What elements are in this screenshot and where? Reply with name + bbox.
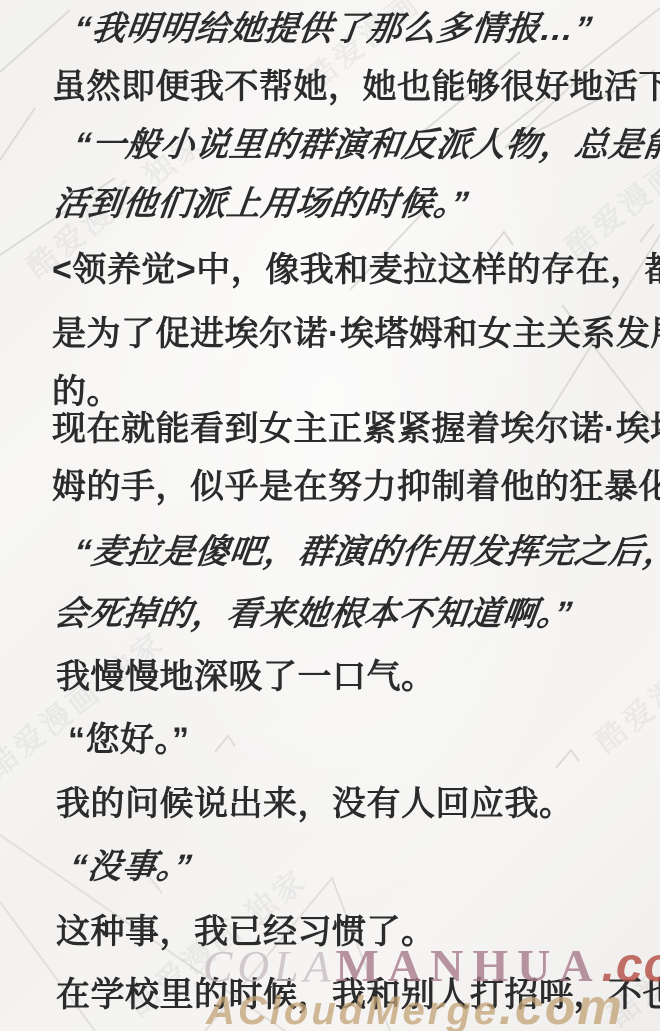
novel-text-line: “一般小说里的群演和反派人物，总是能够 <box>72 128 660 162</box>
watermark-acloudmerge-com-text: .com <box>499 979 624 1031</box>
watermark-acloudmerge-text: ACloudMerge <box>206 989 499 1031</box>
novel-text-line: 的。 <box>52 375 121 409</box>
novel-text-line: “麦拉是傻吧，群演的作用发挥完之后，就 <box>72 535 660 569</box>
novel-text-line: 现在就能看到女主正紧紧握着埃尔诺·埃塔 <box>52 412 660 446</box>
novel-reader-page: { "page": { "type": "webnovel-text-page"… <box>0 0 660 1031</box>
novel-text-line: 我的问候说出来，没有人回应我。 <box>56 787 574 821</box>
novel-text-line: “我明明给她提供了那么多情报…” <box>72 12 594 46</box>
novel-text-line: “您好。” <box>68 723 190 757</box>
watermark-acloudmerge: ACloudMerge.com <box>206 978 624 1031</box>
novel-text-line: 会死掉的，看来她根本不知道啊。” <box>52 597 574 631</box>
novel-text-line: 活到他们派上用场的时候。” <box>52 187 471 221</box>
novel-text-line: 虽然即便我不帮她，她也能够很好地活下来。 <box>52 70 660 104</box>
novel-text-line: “没事。” <box>68 850 194 884</box>
novel-text-line: <领养觉>中，像我和麦拉这样的存在，都 <box>52 253 660 287</box>
novel-text-line: 是为了促进埃尔诺·埃塔姆和女主关系发展 <box>52 317 660 351</box>
novel-text-line: 姆的手，似乎是在努力抑制着他的狂暴化。 <box>52 470 660 504</box>
novel-text-line: 我慢慢地深吸了一口气。 <box>56 660 436 694</box>
